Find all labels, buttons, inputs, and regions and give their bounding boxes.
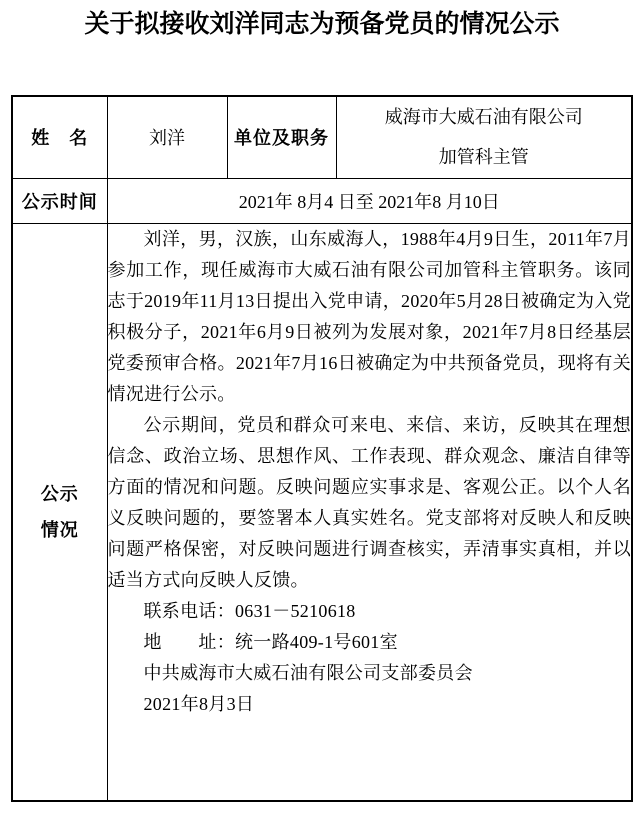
time-label: 公示时间 — [12, 178, 107, 223]
contact-address: 地 址：统一路409-1号601室 — [108, 627, 632, 658]
table-row-time: 公示时间 2021年 8月4 日至 2021年8 月10日 — [12, 178, 632, 223]
unit-value-line2: 加管科主管 — [337, 137, 632, 177]
signature-date: 2021年8月3日 — [108, 689, 632, 720]
notice-table: 姓 名 刘洋 单位及职务 威海市大威石油有限公司 加管科主管 公示时间 2021… — [11, 95, 633, 802]
name-value: 刘洋 — [107, 96, 227, 178]
details-content: 刘洋，男，汉族，山东威海人，1988年4月9日生，2011年7月参加工作，现任威… — [107, 223, 632, 801]
details-label: 公示 情况 — [12, 223, 107, 801]
signature-committee: 中共威海市大威石油有限公司支部委员会 — [108, 658, 632, 689]
unit-label: 单位及职务 — [227, 96, 336, 178]
time-value: 2021年 8月4 日至 2021年8 月10日 — [107, 178, 632, 223]
unit-value: 威海市大威石油有限公司 加管科主管 — [336, 96, 632, 178]
details-label-line1: 公示 — [13, 476, 107, 512]
details-paragraph-1: 刘洋，男，汉族，山东威海人，1988年4月9日生，2011年7月参加工作，现任威… — [108, 224, 632, 410]
name-label: 姓 名 — [12, 96, 107, 178]
details-label-line2: 情况 — [13, 512, 107, 548]
contact-phone: 联系电话：0631－5210618 — [108, 596, 632, 627]
table-row-name-unit: 姓 名 刘洋 单位及职务 威海市大威石油有限公司 加管科主管 — [12, 96, 632, 178]
table-row-details: 公示 情况 刘洋，男，汉族，山东威海人，1988年4月9日生，2011年7月参加… — [12, 223, 632, 801]
details-paragraph-2: 公示期间，党员和群众可来电、来信、来访，反映其在理想信念、政治立场、思想作风、工… — [108, 410, 632, 596]
page-title: 关于拟接收刘洋同志为预备党员的情况公示 — [0, 0, 644, 42]
unit-value-line1: 威海市大威石油有限公司 — [337, 97, 632, 137]
